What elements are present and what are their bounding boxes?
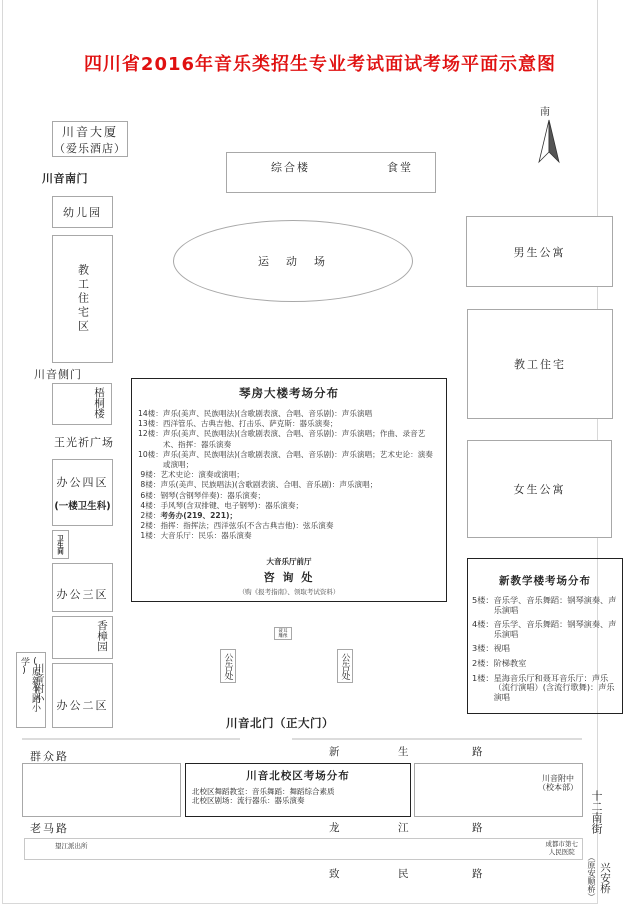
affiliated-middle-campus: （校本部） [538,783,578,792]
floor-row: 4楼：手风琴(含双排键、电子钢琴)：器乐演奏； [138,501,440,511]
floor-description: 音乐学、音乐舞蹈：钢琴演奏、声乐演唱 [494,620,618,639]
floor-row: 1楼：大音乐厅：民乐：器乐演奏 [138,531,440,541]
north-campus-panel-title: 川音北校区考场分布 [192,768,404,783]
building-restroom: 卫生间 [52,530,69,559]
piano-panel-title: 琴房大楼考场分布 [138,385,440,401]
floor-row: 3楼：视唱 [472,644,618,654]
building-staff-residential-area: 教工住宅区 [52,235,113,363]
floor-description: 指挥：指挥法；西洋弦乐(不含古典吉他)：弦乐演奏 [160,521,440,531]
office4-label: 办公四区 [57,474,109,490]
floor-description: 西洋管乐、古典吉他、打击乐、萨克斯：器乐演奏； [163,419,440,429]
building-chuanyin-tower: 川音大厦 （爱乐酒店） [52,121,128,157]
floor-row: 12楼：声乐(美声、民族唱法)(含歌剧表演、合唱、音乐剧)：声乐演唱；作曲、录音… [138,429,440,449]
floor-row: 8楼：声乐(美声、民族唱法)(含歌剧表演、合唱、音乐剧)：声乐演唱； [138,480,440,490]
floor-row: 4楼：音乐学、音乐舞蹈：钢琴演奏、声乐演唱 [472,620,618,639]
info-desk-label: 咨 询 处 [138,569,440,585]
floor-description: 声乐(美声、民族唱法)(含歌剧表演、合唱、音乐剧)：声乐演唱；艺术史论：演奏或演… [163,450,440,470]
office3-label: 办公三区 [57,586,109,602]
floor-description: 声乐(美声、民族唱法)(含歌剧表演、合唱、音乐剧)：声乐演唱 [163,409,440,419]
floor-number: 4楼： [472,620,494,639]
lobby-label: 大音乐厅前厅 [138,556,440,567]
panel-north-campus: 川音北校区考场分布 北校区舞蹈教室：音乐舞蹈：舞蹈综合素质 北校区剧场：流行器乐… [185,763,411,817]
building-camphor-garden: 香樟园 [52,616,113,659]
canteen-label: 食堂 [387,159,413,175]
floor-number: 2楼： [138,511,160,521]
road-longjiang-1: 龙 [329,820,342,835]
block-west [22,763,181,817]
panel-piano-building: 琴房大楼考场分布 14楼：声乐(美声、民族唱法)(含歌剧表演、合唱、音乐剧)：声… [131,378,447,602]
bridge-xinganqiao-former-name: （原安顺桥） [587,853,596,901]
new-building-panel-title: 新教学楼考场分布 [472,573,618,588]
floor-number: 4楼： [138,501,160,511]
floor-number: 9楼： [138,470,160,480]
office2-label: 办公二区 [57,697,109,713]
floor-row: 13楼：西洋管乐、古典吉他、打击乐、萨克斯：器乐演奏； [138,419,440,429]
floor-number: 2楼： [472,659,494,669]
affiliated-primary-former-name: (原新生路小学) [18,657,40,727]
office4-clinic-label: (一楼卫生科) [54,498,110,512]
north-campus-line-dance: 北校区舞蹈教室：音乐舞蹈：舞蹈综合素质 [192,787,404,796]
floor-row: 5楼：音乐学、音乐舞蹈：钢琴演奏、声乐演唱 [472,596,618,615]
floor-description: 阶梯教室 [494,659,618,669]
floor-number: 1楼： [472,674,494,703]
staff-residential-area-label: 教工住宅区 [75,264,91,334]
floor-description: 手风琴(含双排键、电子钢琴)：器乐演奏； [160,501,440,511]
floor-description: 考务办(219、221)； [160,511,440,521]
floor-description: 声乐(美声、民族唱法)(含歌剧表演、合唱、音乐剧)：声乐演唱；作曲、录音艺术、指… [163,429,440,449]
road-shier-nanjie: 十二南街 [590,790,602,834]
affiliated-middle-name: 川音附中 [538,774,578,783]
sports-field: 运 动 场 [173,220,413,302]
north-gate-label: 川音北门（正大门） [226,715,334,731]
floor-row: 2楼：指挥：指挥法；西洋弦乐(不含古典吉他)：弦乐演奏 [138,521,440,531]
notice-board-right-label: 公告处 [339,653,352,680]
compass-label: 南 [540,103,550,118]
road-longjiang-2: 江 [398,820,411,835]
road-zhimin-3: 路 [472,866,485,881]
new-building-floor-list: 5楼：音乐学、音乐舞蹈：钢琴演奏、声乐演唱4楼：音乐学、音乐舞蹈：钢琴演奏、声乐… [472,596,618,702]
floor-description: 钢琴(含钢琴伴奏)：器乐演奏； [160,491,440,501]
building-office3: 办公三区 [52,563,113,612]
floor-number: 2楼： [138,521,160,531]
south-gate-label: 川音南门 [42,170,88,186]
building-male-dorm: 男生公寓 [466,216,613,287]
floor-description: 艺术史论：演奏或演唱； [160,470,440,480]
floor-description: 音乐学、音乐舞蹈：钢琴演奏、声乐演唱 [494,596,618,615]
building-complex-canteen: 综合楼 食堂 [226,152,436,193]
sports-field-label: 运 动 场 [258,253,328,269]
road-xinsheng-1: 新 [329,744,342,759]
kindergarten-label: 幼儿园 [63,204,102,220]
road-edge-right [292,738,582,740]
chuanyin-tower-name: 川音大厦 [62,123,118,140]
floor-row: 1楼：星海音乐厅和聂耳音乐厅：声乐（流行演唱）(含流行歌舞)：声乐演唱 [472,674,618,703]
floor-number: 1楼： [138,531,160,541]
floor-row: 10楼：声乐(美声、民族唱法)(含歌剧表演、合唱、音乐剧)：声乐演唱；艺术史论：… [138,450,440,470]
road-zhimin-1: 致 [329,866,342,881]
floor-number: 5楼： [472,596,494,615]
floor-description: 声乐(美声、民族唱法)(含歌剧表演、合唱、音乐剧)：声乐演唱； [160,480,440,490]
floor-number: 3楼： [472,644,494,654]
floor-number: 12楼： [138,429,163,449]
wutong-building-label: 梧桐楼 [93,387,105,419]
nie-er-statue-label: 聂耳雕像 [278,629,288,639]
floor-number: 10楼： [138,450,163,470]
hospital-name-line2: 人民医院 [546,849,579,857]
hospital-label: 成都市第七 人民医院 [546,841,579,856]
building-wutong: 梧桐楼 [52,383,112,425]
staff-housing-label: 教工住宅 [514,356,566,372]
road-edge-left [22,738,240,740]
nie-er-statue: 聂耳雕像 [274,627,292,640]
bridge-xinganqiao: 兴安桥 [599,862,611,894]
building-office4: 办公四区 (一楼卫生科) [52,459,113,526]
plaza-label: 王光祈广场 [54,434,114,450]
notice-board-right: 公告处 [337,649,353,683]
floor-number: 14楼： [138,409,163,419]
building-staff-housing: 教工住宅 [467,309,613,419]
notice-board-left: 公告处 [220,649,236,683]
north-arrow-icon [537,118,561,166]
road-xinsheng-3: 路 [472,744,485,759]
floor-description: 大音乐厅：民乐：器乐演奏 [160,531,440,541]
piano-floor-list: 14楼：声乐(美声、民族唱法)(含歌剧表演、合唱、音乐剧)：声乐演唱13楼：西洋… [138,409,440,542]
map-title: 四川省2016年音乐类招生专业考试面试考场平面示意图 [0,50,640,76]
road-zhimin-2: 民 [398,866,411,881]
female-dorm-label: 女生公寓 [514,481,566,497]
panel-new-teaching-building: 新教学楼考场分布 5楼：音乐学、音乐舞蹈：钢琴演奏、声乐演唱4楼：音乐学、音乐舞… [467,558,623,714]
affiliated-middle-label: 川音附中 （校本部） [538,774,578,792]
floor-number: 13楼： [138,419,163,429]
camphor-garden-label: 香樟园 [96,620,108,652]
building-office2: 办公二区 [52,663,113,728]
block-south-strip: 望江派出所 成都市第七 人民医院 [24,838,583,860]
chuanyin-tower-hotel: （爱乐酒店） [54,140,126,156]
road-xinsheng-2: 生 [398,744,411,759]
road-laoma: 老马路 [30,820,69,836]
road-qunzhong: 群众路 [30,748,69,764]
side-gate-label: 川音侧门 [34,366,82,382]
building-kindergarten: 幼儿园 [52,196,113,228]
restroom-label: 卫生间 [56,535,65,555]
floor-description: 星海音乐厅和聂耳音乐厅：声乐（流行演唱）(含流行歌舞)：声乐演唱 [494,674,618,703]
police-station-label: 望江派出所 [55,841,88,850]
notice-board-left-label: 公告处 [222,653,235,680]
floor-row: 9楼：艺术史论：演奏或演唱； [138,470,440,480]
floor-number: 6楼： [138,491,160,501]
floor-row: 14楼：声乐(美声、民族唱法)(含歌剧表演、合唱、音乐剧)：声乐演唱 [138,409,440,419]
building-affiliated-primary: 川音附小 (原新生路小学) [16,652,46,728]
male-dorm-label: 男生公寓 [514,244,566,260]
building-female-dorm: 女生公寓 [467,440,612,538]
complex-label: 综合楼 [271,159,310,175]
floor-description: 视唱 [494,644,618,654]
floor-row: 2楼：考务办(219、221)； [138,511,440,521]
floor-number: 8楼： [138,480,160,490]
floor-row: 2楼：阶梯教室 [472,659,618,669]
north-campus-line-theater: 北校区剧场：流行器乐：器乐演奏 [192,796,404,805]
info-desk-note: （购《报考指南》、领取考试资料） [138,587,440,596]
road-longjiang-3: 路 [472,820,485,835]
building-affiliated-middle: 川音附中 （校本部） [414,763,583,817]
floor-row: 6楼：钢琴(含钢琴伴奏)：器乐演奏； [138,491,440,501]
